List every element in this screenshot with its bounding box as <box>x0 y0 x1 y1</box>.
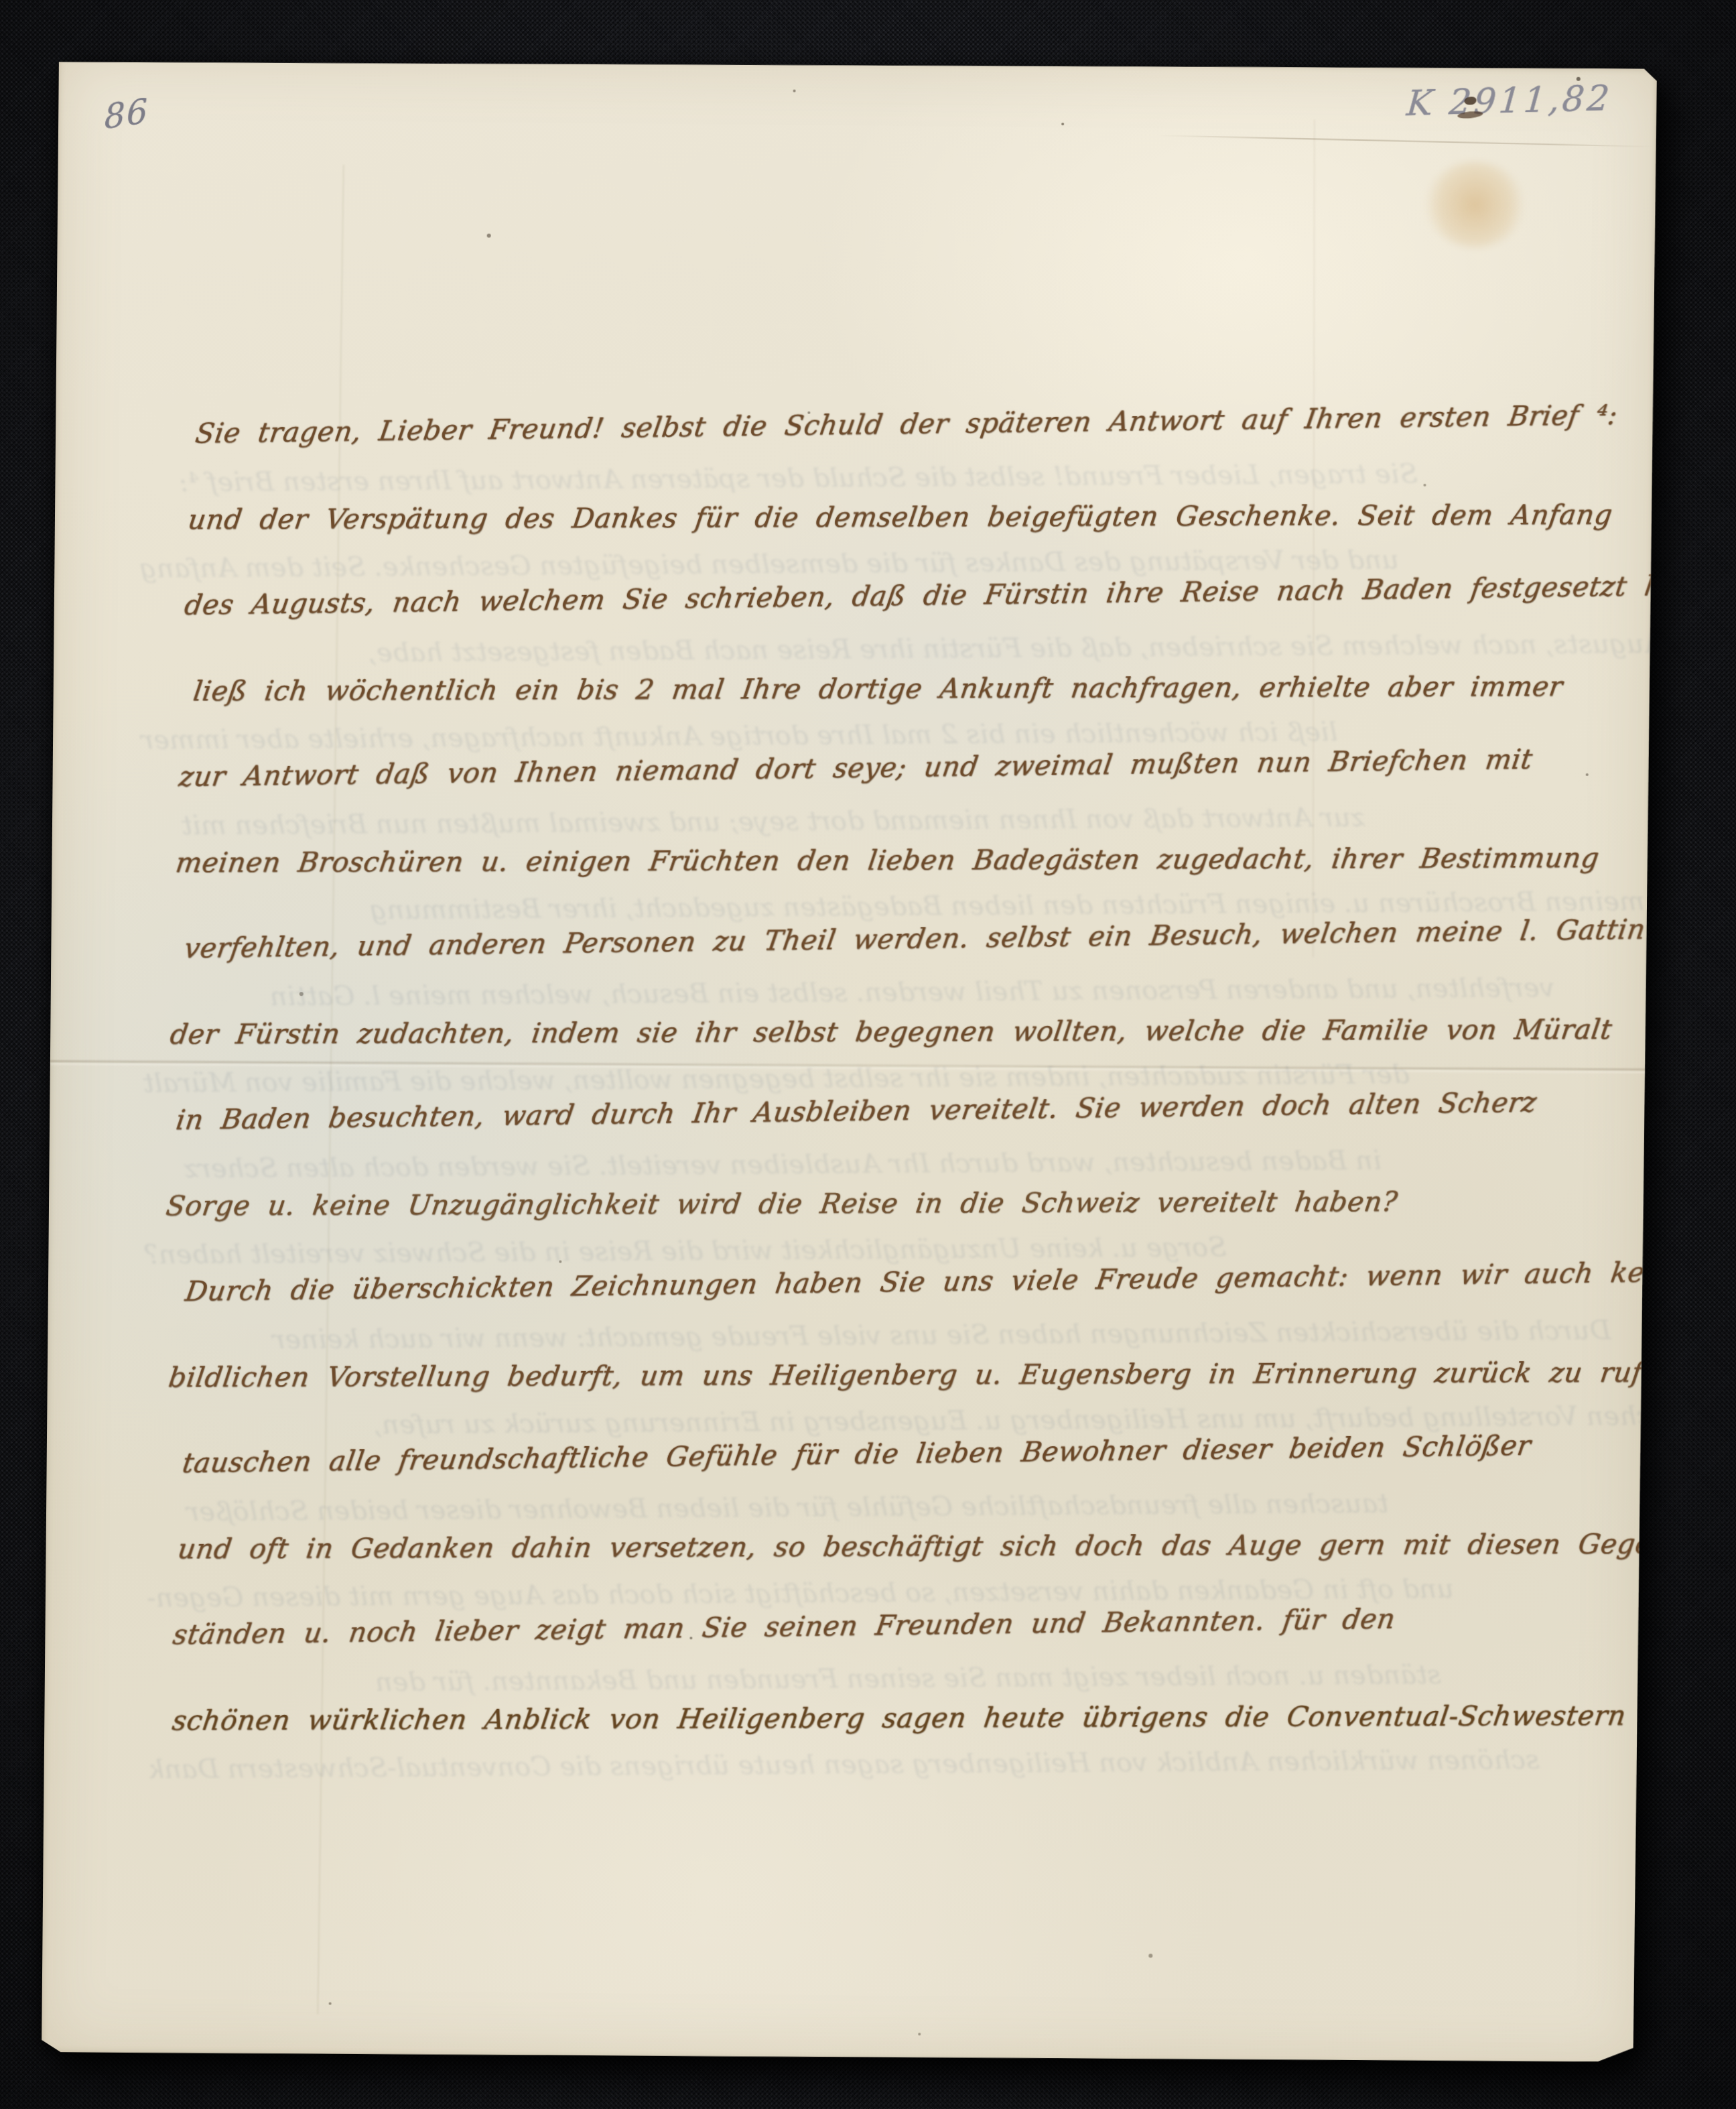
handwritten-letter-body: Sie tragen, Lieber Freund! selbst die Sc… <box>157 381 1633 1763</box>
archive-shelfmark-pencil: K 2911,82 <box>1405 78 1613 124</box>
photographed-letter-scan: { "page": { "background_color": "#141519… <box>0 0 1736 2109</box>
letter-page: 86 K 2911,82 Sie tragen, Lieber Freund! … <box>42 55 1657 2066</box>
paper-crease-top <box>1157 135 1653 147</box>
handwritten-line: schönen würklichen Anblick von Heiligenb… <box>160 1673 1640 1764</box>
handwritten-line: Sie tragen, Lieber Freund! selbst die Sc… <box>151 371 1630 476</box>
letter-sheet-wrapper: 86 K 2911,82 Sie tragen, Lieber Freund! … <box>42 55 1657 2066</box>
page-number-pencil: 86 <box>104 91 149 137</box>
fox-stain <box>1424 161 1526 249</box>
paper-specks <box>59 55 62 58</box>
